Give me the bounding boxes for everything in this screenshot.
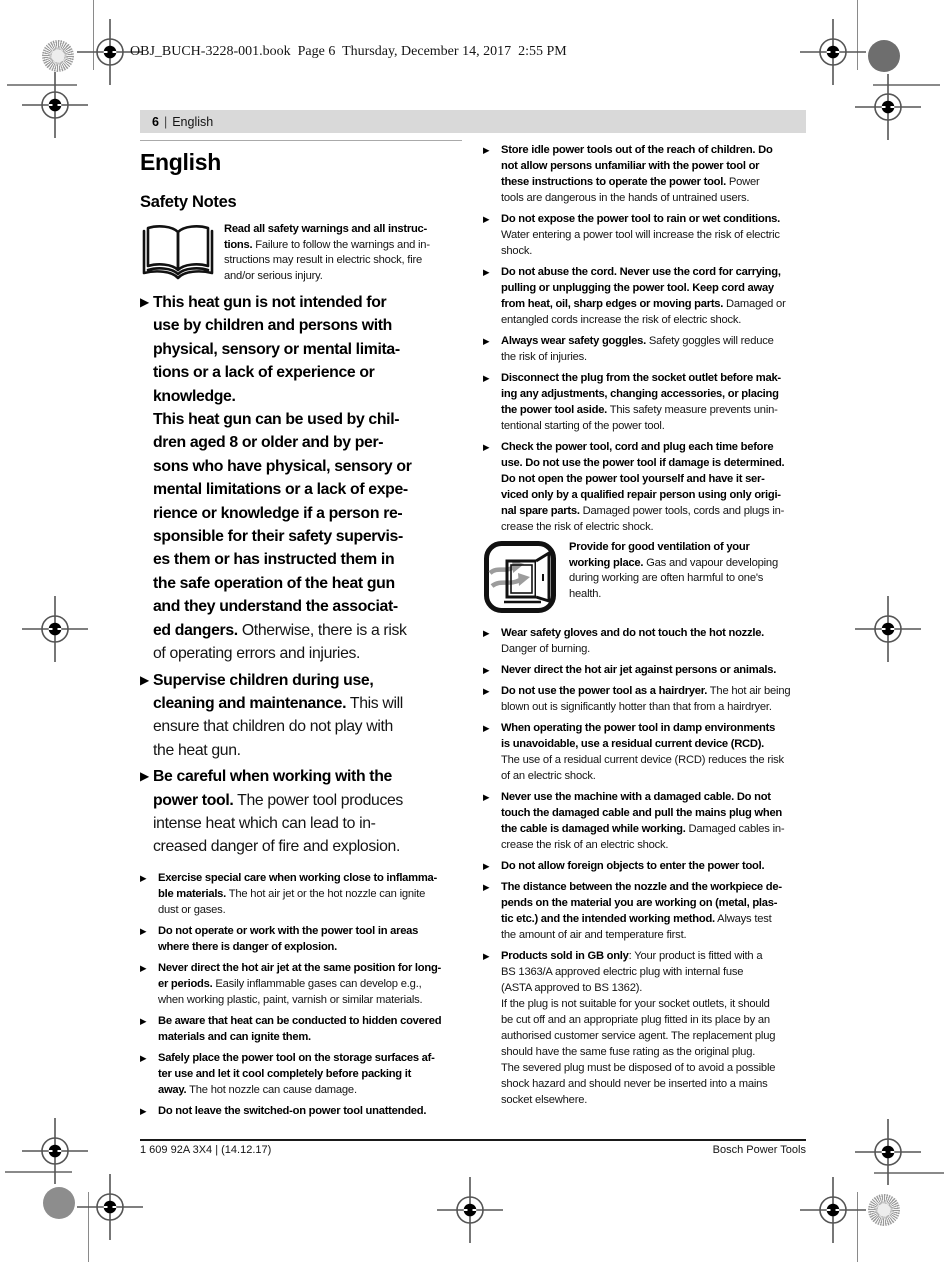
warning-item: ▶The distance between the nozzle and the… (483, 879, 806, 943)
bullet-triangle-icon: ▶ (483, 662, 501, 678)
warning-text: Always wear safety goggles. Safety goggl… (501, 333, 774, 365)
bullet-triangle-icon: ▶ (483, 683, 501, 715)
bullet-triangle-icon: ▶ (483, 211, 501, 259)
pinwheel-patch (868, 1194, 900, 1226)
warning-text: Products sold in GB only: Your product i… (501, 948, 775, 1108)
warning-item: ▶Supervise children during use, cleaning… (140, 669, 462, 763)
bullet-triangle-icon: ▶ (140, 291, 153, 666)
bullet-triangle-icon: ▶ (140, 1103, 158, 1119)
warning-text: Be aware that heat can be conducted to h… (158, 1013, 441, 1045)
warning-item: ▶Safely place the power tool on the stor… (140, 1050, 462, 1098)
warning-item: ▶Do not use the power tool as a hairdrye… (483, 683, 806, 715)
secondary-warning-list: ▶Exercise special care when working clos… (140, 870, 462, 1119)
bullet-triangle-icon: ▶ (483, 439, 501, 535)
warning-text: Do not abuse the cord. Never use the cor… (501, 264, 786, 328)
registration-target-icon (76, 1173, 144, 1241)
warning-item: ▶Never direct the hot air jet at the sam… (140, 960, 462, 1008)
gray-dot-patch (43, 1187, 75, 1219)
bullet-triangle-icon: ▶ (140, 960, 158, 1008)
bullet-triangle-icon: ▶ (140, 1013, 158, 1045)
warning-text: Never direct the hot air jet against per… (501, 662, 776, 678)
warning-item: ▶Do not expose the power tool to rain or… (483, 211, 806, 259)
bullet-triangle-icon: ▶ (483, 333, 501, 365)
warning-text: Do not use the power tool as a hairdryer… (501, 683, 790, 715)
warning-item: ▶Do not allow foreign objects to enter t… (483, 858, 806, 874)
warning-text: Wear safety gloves and do not touch the … (501, 625, 764, 657)
warning-item: ▶Check the power tool, cord and plug eac… (483, 439, 806, 535)
bullet-triangle-icon: ▶ (140, 923, 158, 955)
title-rule (140, 140, 462, 141)
warning-text: Safely place the power tool on the stora… (158, 1050, 435, 1098)
warning-text: Exercise special care when working close… (158, 870, 437, 918)
bullet-triangle-icon: ▶ (483, 858, 501, 874)
warning-text: Do not allow foreign objects to enter th… (501, 858, 764, 874)
pinwheel-patch (42, 40, 74, 72)
print-header: OBJ_BUCH-3228-001.book Page 6 Thursday, … (130, 44, 567, 60)
warning-item: ▶Never use the machine with a damaged ca… (483, 789, 806, 853)
open-book-icon (140, 222, 216, 285)
warning-list-top: ▶Store idle power tools out of the reach… (483, 142, 806, 535)
warning-item: ▶Products sold in GB only: Your product … (483, 948, 806, 1108)
bullet-triangle-icon: ▶ (140, 669, 153, 763)
warning-text: When operating the power tool in damp en… (501, 720, 784, 784)
warning-item: ▶Be aware that heat can be conducted to … (140, 1013, 462, 1045)
left-column: English Safety Notes Read all safety war… (140, 142, 462, 1124)
registration-target-icon (854, 73, 922, 141)
warning-list-bottom: ▶Wear safety gloves and do not touch the… (483, 625, 806, 1108)
warning-text: Never use the machine with a damaged cab… (501, 789, 784, 853)
language-title: English (140, 149, 462, 176)
bullet-triangle-icon: ▶ (483, 948, 501, 1108)
warning-text: The distance between the nozzle and the … (501, 879, 782, 943)
registration-target-icon (799, 1176, 867, 1244)
warning-text: Supervise children during use, cleaning … (153, 669, 403, 763)
warning-item: ▶Wear safety gloves and do not touch the… (483, 625, 806, 657)
warning-item: ▶Store idle power tools out of the reach… (483, 142, 806, 206)
primary-warning-list: ▶This heat gun is not intended for use b… (140, 291, 462, 859)
warning-text: Do not operate or work with the power to… (158, 923, 418, 955)
warning-text: Check the power tool, cord and plug each… (501, 439, 784, 535)
warning-text: Store idle power tools out of the reach … (501, 142, 773, 206)
warning-text: This heat gun is not intended for use by… (153, 291, 412, 666)
bullet-triangle-icon: ▶ (483, 789, 501, 853)
ventilation-notice: Provide for good ventilation of your wor… (483, 540, 806, 619)
warning-item: ▶Do not abuse the cord. Never use the co… (483, 264, 806, 328)
bullet-triangle-icon: ▶ (483, 625, 501, 657)
page-number: 6 (152, 115, 159, 129)
read-instructions-notice: Read all safety warnings and all instruc… (140, 222, 462, 285)
warning-item: ▶Exercise special care when working clos… (140, 870, 462, 918)
warning-text: Do not expose the power tool to rain or … (501, 211, 780, 259)
warning-item: ▶Do not operate or work with the power t… (140, 923, 462, 955)
warning-item: ▶Be careful when working with the power … (140, 765, 462, 859)
registration-target-icon (436, 1176, 504, 1244)
warning-item: ▶This heat gun is not intended for use b… (140, 291, 462, 666)
bullet-triangle-icon: ▶ (140, 1050, 158, 1098)
ventilation-text: Provide for good ventilation of your wor… (569, 540, 778, 619)
warning-item: ▶Disconnect the plug from the socket out… (483, 370, 806, 434)
open-window-ventilation-icon (483, 540, 557, 619)
right-column: ▶Store idle power tools out of the reach… (483, 142, 806, 1113)
warning-item: ▶Never direct the hot air jet against pe… (483, 662, 806, 678)
warning-item: ▶Do not leave the switched-on power tool… (140, 1103, 462, 1119)
warning-text: Never direct the hot air jet at the same… (158, 960, 441, 1008)
bullet-triangle-icon: ▶ (483, 142, 501, 206)
bullet-triangle-icon: ▶ (483, 370, 501, 434)
bullet-triangle-icon: ▶ (483, 879, 501, 943)
registration-target-icon (854, 595, 922, 663)
warning-text: Disconnect the plug from the socket outl… (501, 370, 781, 434)
footer-rule (140, 1139, 806, 1141)
safety-notes-heading: Safety Notes (140, 193, 462, 212)
registration-target-icon (21, 71, 89, 139)
publisher-name: Bosch Power Tools (713, 1144, 806, 1156)
read-instructions-text: Read all safety warnings and all instruc… (224, 222, 430, 285)
bullet-triangle-icon: ▶ (140, 870, 158, 918)
page-language: English (172, 115, 213, 129)
bullet-triangle-icon: ▶ (140, 765, 153, 859)
warning-text: Be careful when working with the power t… (153, 765, 403, 859)
registration-target-icon (21, 595, 89, 663)
bullet-triangle-icon: ▶ (483, 264, 501, 328)
document-number: 1 609 92A 3X4 | (14.12.17) (140, 1144, 271, 1156)
warning-text: Do not leave the switched-on power tool … (158, 1103, 426, 1119)
page-bar-separator: | (164, 115, 167, 129)
bullet-triangle-icon: ▶ (483, 720, 501, 784)
warning-item: ▶Always wear safety goggles. Safety gogg… (483, 333, 806, 365)
gray-dot-patch (868, 40, 900, 72)
page-header-bar: 6 | English (140, 110, 806, 133)
warning-item: ▶When operating the power tool in damp e… (483, 720, 806, 784)
